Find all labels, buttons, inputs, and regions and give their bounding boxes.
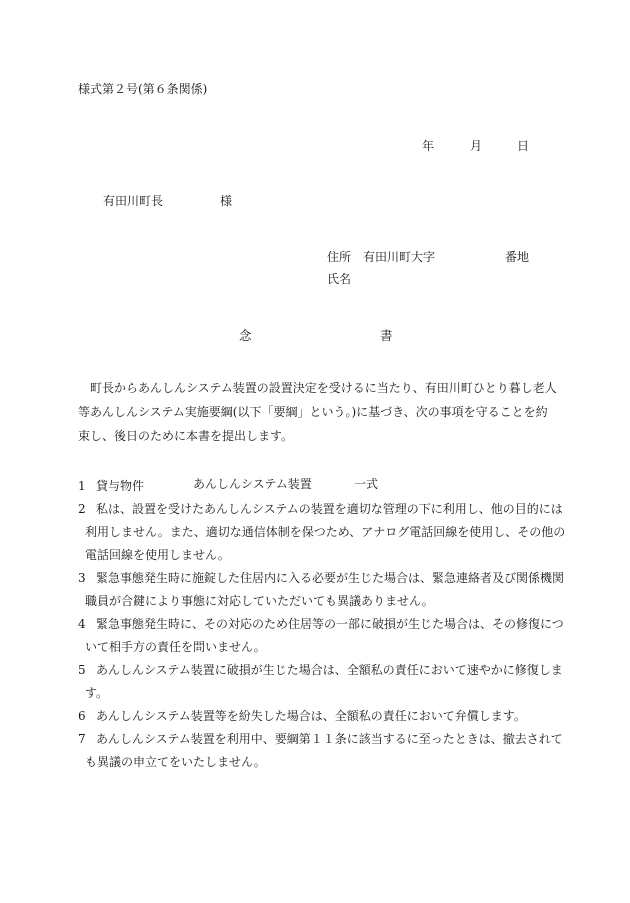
item-text: 電話回線を使用しません。 [78, 544, 548, 567]
item-text: 利用しません。また、適切な通信体制を保つため、アナログ電話回線を使用し、その他の [78, 521, 548, 544]
addressee-line: 有田川町長 様 [0, 192, 630, 208]
list-item: 4緊急事態発生時に、その対応のため住居等の一部に破損が生じた場合は、その修復につ… [78, 613, 548, 659]
day-label: 日 [517, 137, 529, 154]
intro-line: 束し、後日のために本書を提出します。 [78, 424, 538, 448]
item-number: 3 [78, 567, 96, 590]
item-label: 貸与物件 [96, 479, 144, 493]
item-text: も異議の申立てをいたしません。 [78, 751, 548, 774]
addressee-name: 有田川町長 [103, 192, 163, 209]
intro-line: 町長からあんしんシステム装置の設置決定を受けるに当たり、有田川町ひとり暮し老人 [78, 376, 538, 400]
list-item: 7あんしんシステム装置を利用中、要綱第１１条に該当するに至ったときは、撤去されて… [78, 728, 548, 774]
year-label: 年 [422, 137, 434, 154]
item-text: あんしんシステム装置等を紛失した場合は、全額私の責任において弁償します。 [96, 709, 526, 723]
date-line: 年 月 日 [0, 137, 630, 153]
applicant-block: 住所 有田川町大字 番地 氏名 [0, 248, 630, 288]
item-text: 職員が合鍵により事態に対応していただいても異議ありません。 [78, 590, 548, 613]
item-number: 2 [78, 498, 96, 521]
list-item: 6あんしんシステム装置等を紛失した場合は、全額私の責任において弁償します。 [78, 705, 548, 728]
item-number: 4 [78, 613, 96, 636]
item-number: 7 [78, 728, 96, 751]
month-label: 月 [470, 137, 482, 154]
list-item: 3緊急事態発生時に施錠した住居内に入る必要が生じた場合は、緊急連絡者及び関係機関… [78, 567, 548, 613]
list-item: 5あんしんシステム装置に破損が生じた場合は、全額私の責任において速やかに修復しま… [78, 659, 548, 705]
name-label: 氏名 [327, 270, 351, 287]
intro-line: 等あんしんシステム実施要綱(以下「要綱」という。)に基づき、次の事項を守ることを… [78, 400, 538, 424]
title-char-2: 書 [380, 326, 393, 344]
document-title: 念 書 [0, 326, 630, 342]
item-text: 私は、設置を受けたあんしんシステムの装置を適切な管理の下に利用し、他の目的には [96, 502, 563, 516]
list-item: 1貸与物件 あんしんシステム装置 一式 [78, 475, 548, 498]
list-item: 2私は、設置を受けたあんしんシステムの装置を適切な管理の下に利用し、他の目的には… [78, 498, 548, 567]
item-text: いて相手方の責任を問いません。 [78, 636, 548, 659]
form-number: 様式第２号(第６条関係) [78, 80, 207, 97]
address-label: 住所 [327, 248, 351, 265]
intro-paragraph: 町長からあんしんシステム装置の設置決定を受けるに当たり、有田川町ひとり暮し老人 … [78, 376, 538, 448]
item-text: す。 [78, 682, 548, 705]
item-value: あんしんシステム装置 [193, 475, 312, 492]
item-number: 5 [78, 659, 96, 682]
address-suffix: 番地 [505, 248, 529, 265]
title-char-1: 念 [239, 326, 252, 344]
item-text: 緊急事態発生時に施錠した住居内に入る必要が生じた場合は、緊急連絡者及び関係機関 [96, 571, 564, 585]
item-text: あんしんシステム装置を利用中、要綱第１１条に該当するに至ったときは、撤去されて [96, 732, 563, 746]
item-number: 1 [78, 475, 96, 498]
item-quantity: 一式 [354, 475, 378, 492]
item-text: 緊急事態発生時に、その対応のため住居等の一部に破損が生じた場合は、その修復につ [96, 617, 564, 631]
item-number: 6 [78, 705, 96, 728]
terms-list: 1貸与物件 あんしんシステム装置 一式 2私は、設置を受けたあんしんシステムの装… [78, 475, 548, 774]
item-text: あんしんシステム装置に破損が生じた場合は、全額私の責任において速やかに修復しま [96, 663, 563, 677]
address-value: 有田川町大字 [363, 248, 435, 265]
addressee-honorific: 様 [220, 192, 232, 209]
